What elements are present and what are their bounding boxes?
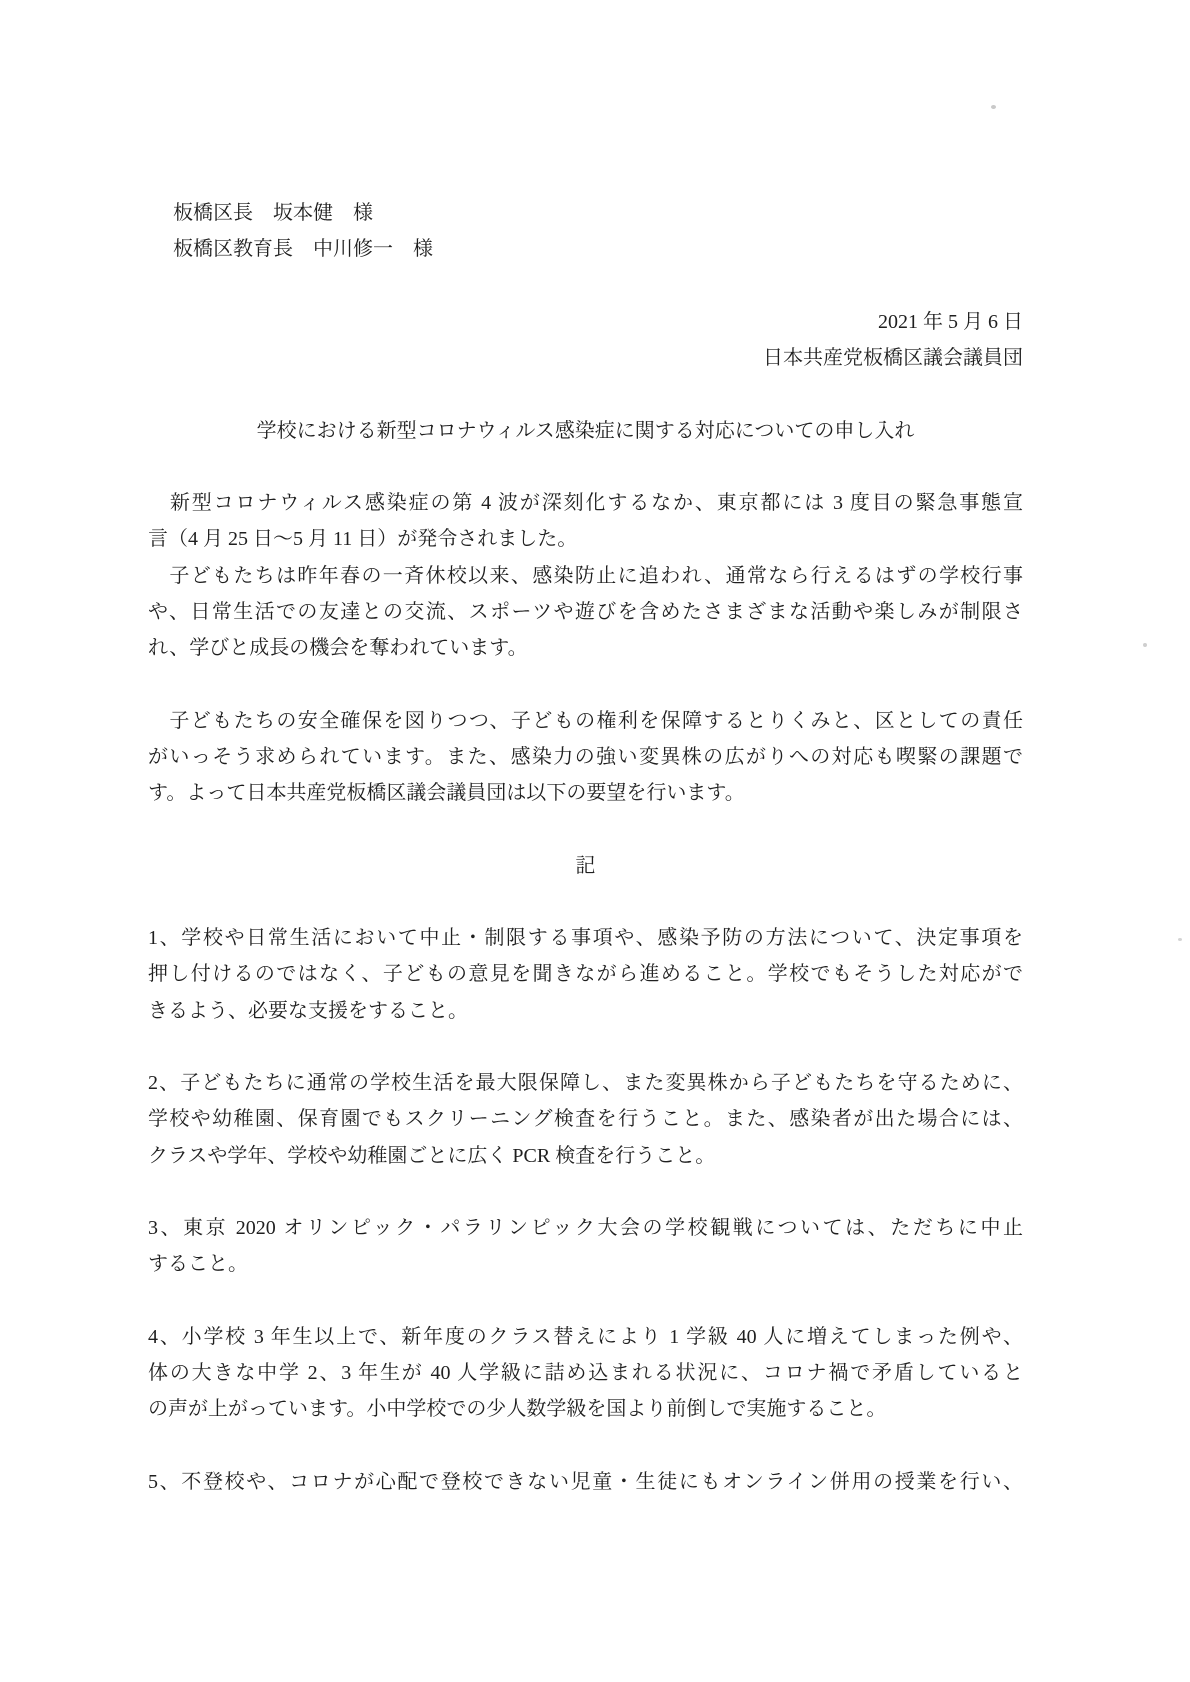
request-item-1-line-3: きるよう、必要な支援をすること。 — [148, 993, 1023, 1029]
date-line-line-1: 2021 年 5 月 6 日 — [148, 304, 1023, 340]
request-item-2-line-3: クラスや学年、学校や幼稚園ごとに広く PCR 検査を行うこと。 — [148, 1138, 1023, 1174]
request-item-2-line-1: 2、子どもたちに通常の学校生活を最大限保障し、また変異株から子どもたちを守るため… — [148, 1065, 1023, 1101]
document-page: 板橋区長 坂本健 様板橋区教育長 中川修一 様2021 年 5 月 6 日日本共… — [0, 0, 1190, 1682]
request-item-2-line-2: 学校や幼稚園、保育園でもスクリーニング検査を行うこと。また、感染者が出た場合には… — [148, 1101, 1023, 1137]
sender-line-line-1: 日本共産党板橋区議会議員団 — [148, 340, 1023, 376]
request-item-2: 2、子どもたちに通常の学校生活を最大限保障し、また変異株から子どもたちを守るため… — [148, 1065, 1023, 1174]
request-item-4: 4、小学校 3 年生以上で、新年度のクラス替えにより 1 学級 40 人に増えて… — [148, 1319, 1023, 1428]
request-item-4-line-2: 体の大きな中学 2、3 年生が 40 人学級に詰め込まれる状況に、コロナ禍で矛盾… — [148, 1355, 1023, 1391]
intro-paragraph-2-line-3: れ、学びと成長の機会を奪われています。 — [148, 630, 1023, 666]
intro-paragraph-1-line-2: 言（4 月 25 日～5 月 11 日）が発令されました。 — [148, 521, 1023, 557]
intro-paragraph-1: 新型コロナウィルス感染症の第 4 波が深刻化するなか、東京都には 3 度目の緊急… — [148, 485, 1023, 558]
document-title: 学校における新型コロナウィルス感染症に関する対応についての申し入れ — [148, 413, 1023, 449]
request-item-4-line-3: の声が上がっています。小中学校での少人数学級を国より前倒しで実施すること。 — [148, 1391, 1023, 1427]
scan-speck — [991, 105, 996, 109]
request-item-4-line-1: 4、小学校 3 年生以上で、新年度のクラス替えにより 1 学級 40 人に増えて… — [148, 1319, 1023, 1355]
intro-paragraph-3-line-2: がいっそう求められています。また、感染力の強い変異株の広がりへの対応も喫緊の課題… — [148, 739, 1023, 775]
ki-marker: 記 — [148, 848, 1023, 884]
scan-speck — [1143, 643, 1147, 647]
request-item-5: 5、不登校や、コロナが心配で登校できない児童・生徒にもオンライン併用の授業を行い… — [148, 1464, 1023, 1500]
request-item-3-line-1: 3、東京 2020 オリンピック・パラリンピック大会の学校観戦については、ただち… — [148, 1210, 1023, 1246]
document-title-line-1: 学校における新型コロナウィルス感染症に関する対応についての申し入れ — [148, 413, 1023, 449]
intro-paragraph-2-line-1: 子どもたちは昨年春の一斉休校以来、感染防止に追われ、通常なら行えるはずの学校行事 — [148, 558, 1023, 594]
request-item-1-line-2: 押し付けるのではなく、子どもの意見を聞きながら進めること。学校でもそうした対応が… — [148, 956, 1023, 992]
intro-paragraph-3-line-3: す。よって日本共産党板橋区議会議員団は以下の要望を行います。 — [148, 775, 1023, 811]
ki-marker-line-1: 記 — [148, 848, 1023, 884]
scan-speck — [1178, 938, 1182, 941]
recipient-lines-line-2: 板橋区教育長 中川修一 様 — [173, 231, 1023, 267]
request-item-5-line-1: 5、不登校や、コロナが心配で登校できない児童・生徒にもオンライン併用の授業を行い… — [148, 1464, 1023, 1500]
recipient-lines: 板橋区長 坂本健 様板橋区教育長 中川修一 様 — [148, 195, 1023, 268]
date-line: 2021 年 5 月 6 日 — [148, 304, 1023, 340]
intro-paragraph-3-line-1: 子どもたちの安全確保を図りつつ、子どもの権利を保障するとりくみと、区としての責任 — [148, 703, 1023, 739]
intro-paragraph-2: 子どもたちは昨年春の一斉休校以来、感染防止に追われ、通常なら行えるはずの学校行事… — [148, 558, 1023, 667]
request-item-1-line-1: 1、学校や日常生活において中止・制限する事項や、感染予防の方法について、決定事項… — [148, 920, 1023, 956]
request-item-1: 1、学校や日常生活において中止・制限する事項や、感染予防の方法について、決定事項… — [148, 920, 1023, 1029]
intro-paragraph-1-line-1: 新型コロナウィルス感染症の第 4 波が深刻化するなか、東京都には 3 度目の緊急… — [148, 485, 1023, 521]
intro-paragraph-2-line-2: や、日常生活での友達との交流、スポーツや遊びを含めたさまざまな活動や楽しみが制限… — [148, 594, 1023, 630]
intro-paragraph-3: 子どもたちの安全確保を図りつつ、子どもの権利を保障するとりくみと、区としての責任… — [148, 703, 1023, 812]
letter-body: 板橋区長 坂本健 様板橋区教育長 中川修一 様2021 年 5 月 6 日日本共… — [148, 195, 1023, 1500]
sender-line: 日本共産党板橋区議会議員団 — [148, 340, 1023, 376]
request-item-3: 3、東京 2020 オリンピック・パラリンピック大会の学校観戦については、ただち… — [148, 1210, 1023, 1283]
request-item-3-line-2: すること。 — [148, 1246, 1023, 1282]
recipient-lines-line-1: 板橋区長 坂本健 様 — [173, 195, 1023, 231]
